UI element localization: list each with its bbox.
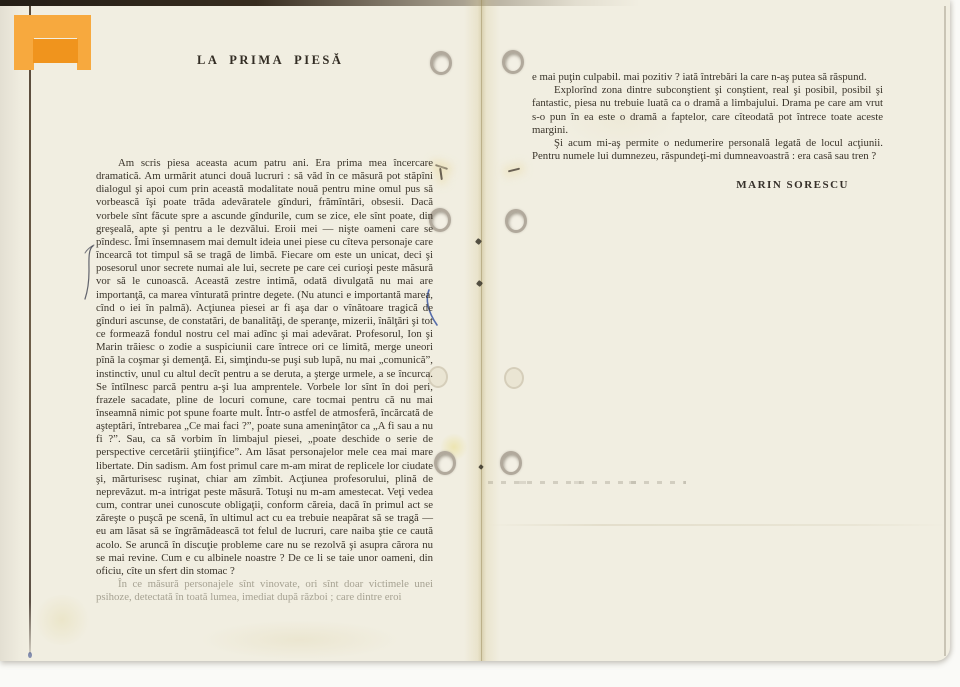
paper-tear xyxy=(435,164,448,170)
paragraph: Am scris piesa aceasta acum patru ani. E… xyxy=(96,157,433,578)
marker-left-leg xyxy=(14,38,34,70)
page-left-edge-shading xyxy=(0,0,29,661)
paper-tear xyxy=(439,168,443,180)
paper-tear xyxy=(508,168,520,173)
paper-stain xyxy=(32,595,92,645)
paragraph: În ce măsură personajele sînt vinovate, … xyxy=(96,578,433,604)
author-signature: MARIN SORESCU xyxy=(532,179,883,191)
punch-hole xyxy=(430,51,452,75)
scan-shadow-top xyxy=(0,0,640,6)
marker-top-bar xyxy=(14,15,91,38)
paragraph: Explorînd zona dintre subconştient şi co… xyxy=(532,84,883,137)
center-fold xyxy=(464,0,500,661)
right-page-text: e mai puţin culpabil. mai pozitiv ? iată… xyxy=(532,71,883,163)
page-title: LA PRIMA PIESĂ xyxy=(197,53,343,68)
punch-hole xyxy=(505,209,527,233)
page-right-edge xyxy=(944,6,946,656)
punch-hole xyxy=(500,451,522,475)
paragraph: e mai puţin culpabil. mai pozitiv ? iată… xyxy=(532,71,883,84)
punch-hole-ghost xyxy=(504,367,524,389)
horizontal-crease xyxy=(487,524,947,526)
center-fold-line xyxy=(481,0,482,661)
book-spine-line xyxy=(29,4,31,654)
punch-hole xyxy=(434,451,456,475)
margin-pen-mark xyxy=(81,243,95,301)
orange-frame-marker-icon[interactable] xyxy=(14,15,91,70)
marker-right-leg xyxy=(77,38,91,70)
bleedthrough-text-row xyxy=(488,481,686,484)
paper-stain xyxy=(200,620,400,660)
scanned-spread: LA PRIMA PIESĂ Am scris piesa aceasta ac… xyxy=(0,0,950,661)
blue-ink-dot xyxy=(28,652,32,658)
paragraph: Şi acum mi-aş permite o nedumerire perso… xyxy=(532,137,883,163)
marker-inner-rect xyxy=(33,39,78,63)
punch-hole xyxy=(502,50,524,74)
left-page-text: Am scris piesa aceasta acum patru ani. E… xyxy=(96,157,433,604)
